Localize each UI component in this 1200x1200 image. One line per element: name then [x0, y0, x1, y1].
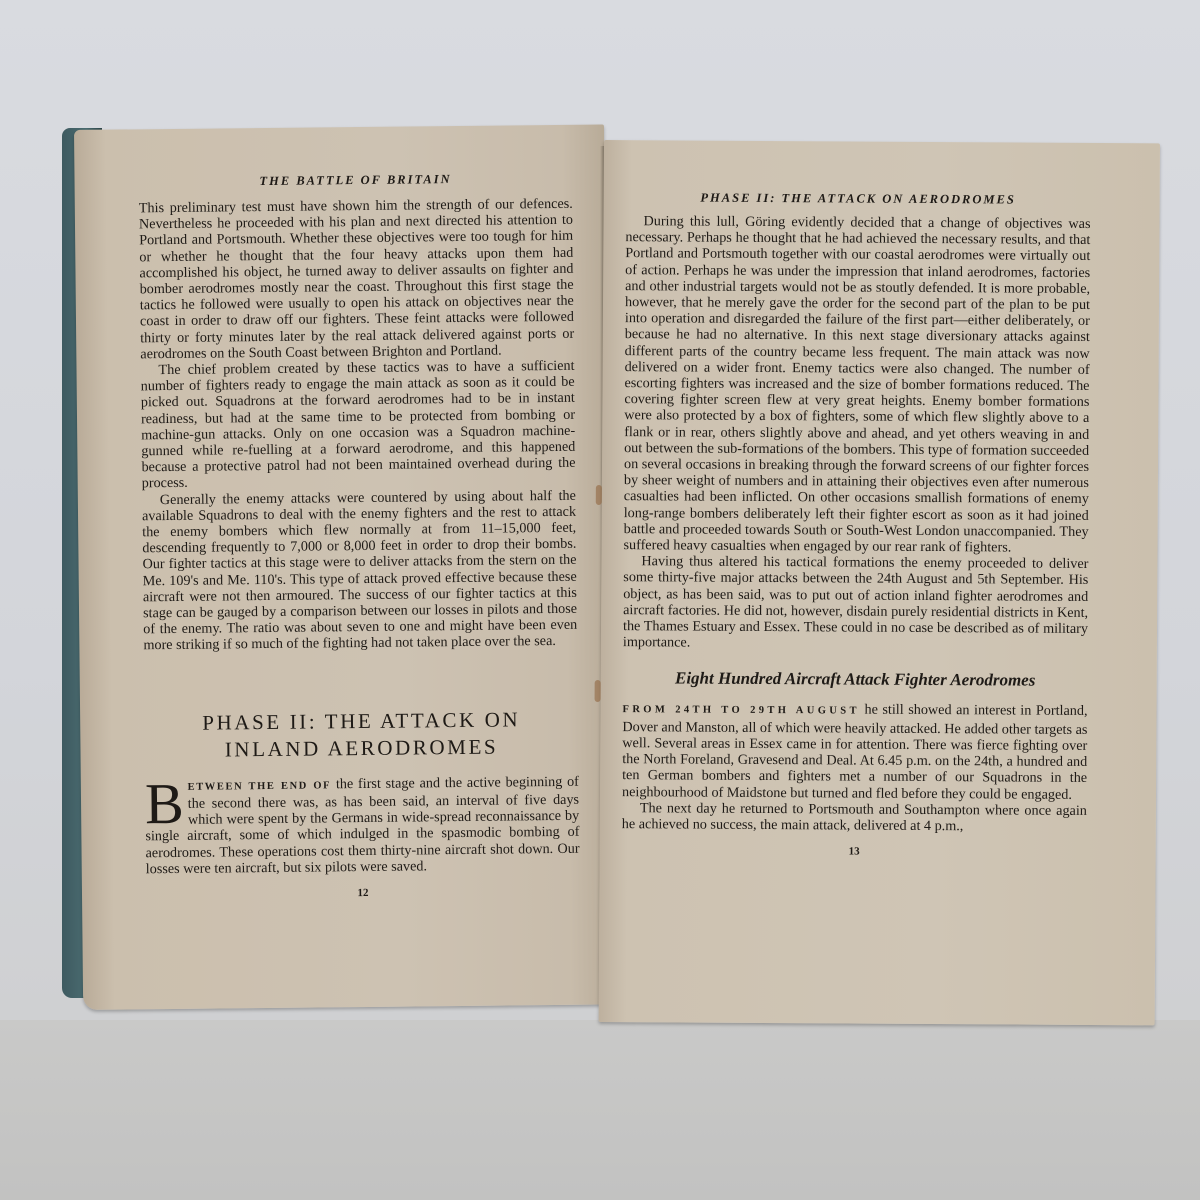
paragraph: During this lull, Göring evidently decid… [623, 213, 1090, 556]
paper-stain [596, 485, 602, 505]
paragraph-text: he still showed an interest in Portland,… [622, 702, 1088, 802]
paragraph: Generally the enemy attacks were counter… [142, 487, 578, 654]
right-body-text: During this lull, Göring evidently decid… [623, 213, 1091, 653]
page-number-left: 12 [146, 885, 580, 902]
table-surface [0, 1020, 1200, 1200]
lead-in-caps: FROM 24TH TO 29TH AUGUST [622, 705, 860, 717]
running-head-left: THE BATTLE OF BRITAIN [138, 171, 572, 191]
left-page-content: THE BATTLE OF BRITAIN This preliminary t… [138, 171, 580, 901]
drop-cap: B [145, 780, 184, 828]
paper-stain [595, 680, 601, 702]
lead-in-smallcaps: ETWEEN THE END OF [188, 780, 332, 793]
right-page-content: PHASE II: THE ATTACK ON AERODROMES Durin… [622, 190, 1091, 859]
paragraph: FROM 24TH TO 29TH AUGUST he still showed… [622, 701, 1088, 803]
paragraph: Having thus altered his tactical formati… [623, 553, 1089, 653]
section-body-text: BETWEEN THE END OF the first stage and t… [145, 773, 580, 877]
paragraph: The chief problem created by these tacti… [140, 358, 575, 492]
sub-heading: Eight Hundred Aircraft Attack Fighter Ae… [623, 669, 1088, 692]
section-heading: PHASE II: THE ATTACK ON INLAND AERODROME… [144, 705, 579, 764]
section-paragraph: BETWEEN THE END OF the first stage and t… [145, 773, 580, 877]
left-page: THE BATTLE OF BRITAIN This preliminary t… [74, 124, 613, 1010]
running-head-right: PHASE II: THE ATTACK ON AERODROMES [626, 190, 1091, 208]
left-body-text: This preliminary test must have shown hi… [139, 196, 578, 654]
paragraph: This preliminary test must have shown hi… [139, 196, 575, 363]
paragraph: The next day he returned to Portsmouth a… [622, 800, 1087, 835]
section-heading-line-1: PHASE II: THE ATTACK ON [202, 707, 520, 734]
page-number-right: 13 [622, 844, 1087, 859]
right-page: PHASE II: THE ATTACK ON AERODROMES Durin… [599, 140, 1160, 1025]
sub-section-body-text: FROM 24TH TO 29TH AUGUST he still showed… [622, 701, 1088, 835]
section-heading-line-2: INLAND AERODROMES [225, 734, 499, 761]
